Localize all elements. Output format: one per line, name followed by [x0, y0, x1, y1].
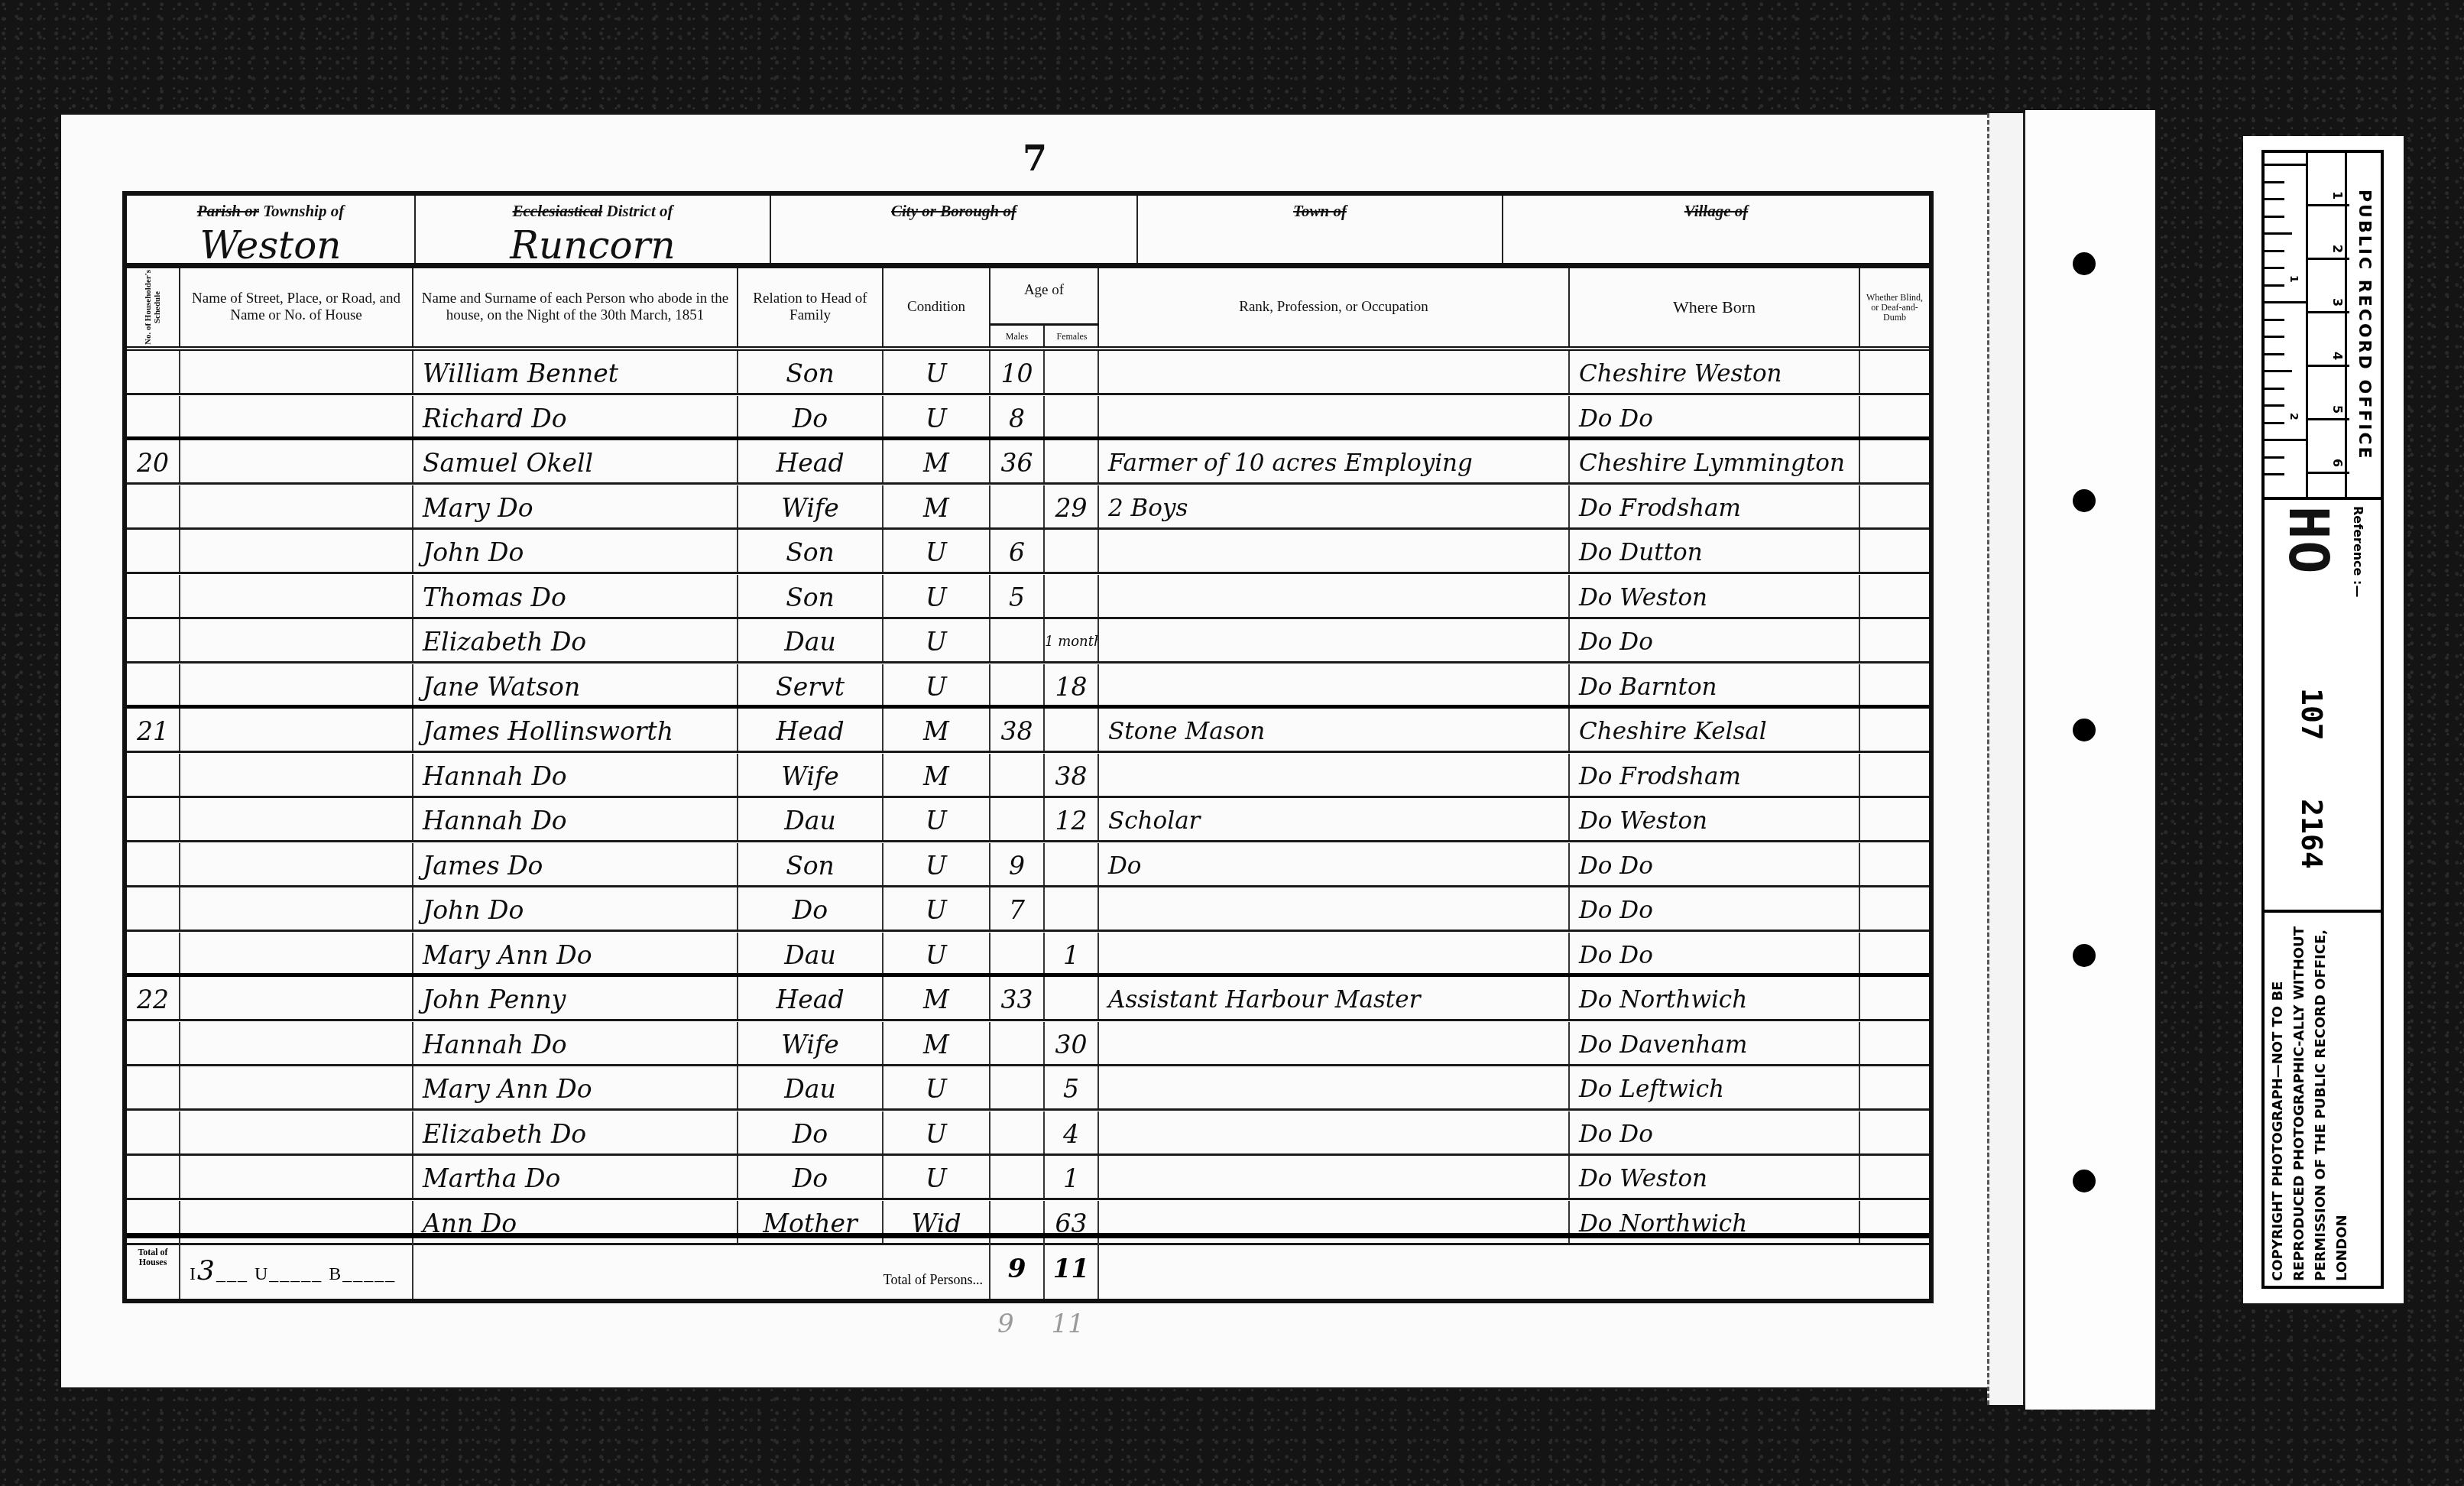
age-female: 12	[1045, 798, 1099, 840]
age-female	[1045, 351, 1099, 393]
ruler-tick	[2265, 319, 2284, 321]
age-male: 7	[990, 887, 1045, 930]
total-persons-label-cell: Total of Persons...	[413, 1238, 990, 1299]
occupation	[1099, 575, 1570, 617]
marital-condition: U	[883, 530, 990, 572]
total-persons-label: Total of Persons...	[883, 1272, 983, 1288]
occupation: Scholar	[1099, 798, 1570, 840]
where-born: Cheshire Kelsal	[1570, 709, 1860, 751]
ruler-tick	[2265, 301, 2306, 303]
street-address	[180, 1022, 413, 1064]
street-address	[180, 664, 413, 705]
age-male: 38	[990, 709, 1045, 751]
occupation	[1099, 754, 1570, 796]
marital-condition: M	[883, 977, 990, 1019]
street-address	[180, 530, 413, 572]
relation-to-head: Dau	[738, 933, 883, 973]
header-age: Age of Males Females	[990, 268, 1099, 346]
occupation	[1099, 1022, 1570, 1064]
ruler-tick	[2265, 232, 2292, 235]
relation-to-head: Do	[738, 887, 883, 930]
age-male	[990, 1156, 1045, 1198]
table-row: Elizabeth DoDoU4Do Do	[127, 1111, 1929, 1156]
street-address	[180, 619, 413, 661]
relation-to-head: Wife	[738, 754, 883, 796]
occupation	[1099, 396, 1570, 436]
marital-condition: M	[883, 440, 990, 482]
schedule-number	[127, 619, 180, 661]
person-name: Hannah Do	[413, 798, 738, 840]
age-female	[1045, 977, 1099, 1019]
blind-deaf	[1860, 396, 1929, 436]
age-female: 5	[1045, 1066, 1099, 1108]
person-name: Samuel Okell	[413, 440, 738, 482]
where-born: Do Do	[1570, 843, 1860, 885]
reference-label: Reference :—	[2351, 506, 2365, 597]
inch-mark: 2	[2287, 413, 2300, 420]
relation-to-head: Dau	[738, 1066, 883, 1108]
schedule-number	[127, 933, 180, 973]
cm-mark: 4	[2308, 313, 2349, 367]
column-header-row: No. of Householder's Schedule Name of St…	[127, 268, 1929, 351]
where-born: Do Weston	[1570, 1156, 1860, 1198]
ruler-tick	[2265, 267, 2284, 269]
age-male	[990, 664, 1045, 705]
borough-label: City or Borough of	[771, 202, 1136, 221]
schedule-number	[127, 887, 180, 930]
cm-mark: 1	[2308, 153, 2349, 206]
street-address	[180, 485, 413, 527]
blind-deaf	[1860, 798, 1929, 840]
table-row: Mary Ann DoDauU1Do Do	[127, 933, 1929, 977]
relation-to-head: Dau	[738, 619, 883, 661]
header-age-males: Males	[990, 323, 1045, 346]
totals-blank	[1099, 1238, 1929, 1299]
age-male	[990, 754, 1045, 796]
public-record-office-card: PUBLIC RECORD OFFICE 123456 12 Reference…	[2243, 136, 2404, 1303]
town-label: Town of	[1138, 202, 1502, 221]
inch-mark: 1	[2287, 275, 2300, 283]
age-male: 6	[990, 530, 1045, 572]
person-name: Mary Ann Do	[413, 1066, 738, 1108]
blind-deaf	[1860, 351, 1929, 393]
age-male	[990, 933, 1045, 973]
ruler-tick	[2265, 388, 2284, 390]
marital-condition: U	[883, 1156, 990, 1198]
ruler-tick	[2265, 473, 2284, 475]
occupation: Assistant Harbour Master	[1099, 977, 1570, 1019]
marital-condition: U	[883, 1066, 990, 1108]
parish-cell: Parish or Township of Weston	[127, 196, 416, 263]
cm-mark: 2	[2308, 206, 2349, 260]
relation-to-head: Do	[738, 1111, 883, 1153]
ruler-tick	[2265, 439, 2306, 441]
occupation: 2 Boys	[1099, 485, 1570, 527]
table-row: 20Samuel OkellHeadM36Farmer of 10 acres …	[127, 440, 1929, 485]
table-row: Hannah DoWifeM38Do Frodsham	[127, 754, 1929, 798]
age-female	[1045, 843, 1099, 885]
person-name: Jane Watson	[413, 664, 738, 705]
parish-label: Parish or Township of	[127, 202, 414, 221]
where-born: Do Frodsham	[1570, 754, 1860, 796]
punch-hole-icon	[2073, 719, 2096, 741]
occupation	[1099, 1066, 1570, 1108]
header-relation: Relation to Head of Family	[738, 268, 883, 346]
district-header: Parish or Township of Weston Ecclesiasti…	[127, 196, 1929, 268]
schedule-number	[127, 575, 180, 617]
occupation	[1099, 351, 1570, 393]
marital-condition: U	[883, 575, 990, 617]
blind-deaf	[1860, 709, 1929, 751]
ruler-tick	[2265, 336, 2284, 338]
relation-to-head: Servt	[738, 664, 883, 705]
street-address	[180, 709, 413, 751]
table-row: Hannah DoDauU12ScholarDo Weston	[127, 798, 1929, 842]
person-name: James Hollinsworth	[413, 709, 738, 751]
age-female: 1	[1045, 933, 1099, 973]
age-male: 10	[990, 351, 1045, 393]
houses-counts: I3___ U_____ B_____	[180, 1238, 413, 1299]
reference-folio: 2164	[2295, 799, 2329, 869]
relation-to-head: Do	[738, 1156, 883, 1198]
blind-deaf	[1860, 1111, 1929, 1153]
where-born: Do Davenham	[1570, 1022, 1860, 1064]
where-born: Do Barnton	[1570, 664, 1860, 705]
relation-to-head: Son	[738, 530, 883, 572]
marital-condition: U	[883, 396, 990, 436]
person-name: John Penny	[413, 977, 738, 1019]
age-male	[990, 1022, 1045, 1064]
borough-cell: City or Borough of	[771, 196, 1138, 263]
occupation	[1099, 530, 1570, 572]
age-male: 9	[990, 843, 1045, 885]
age-male	[990, 1066, 1045, 1108]
relation-to-head: Head	[738, 440, 883, 482]
relation-to-head: Wife	[738, 485, 883, 527]
header-schedule-no: No. of Householder's Schedule	[127, 268, 180, 346]
blind-deaf	[1860, 1066, 1929, 1108]
blind-deaf	[1860, 843, 1929, 885]
person-name: Hannah Do	[413, 754, 738, 796]
relation-to-head: Wife	[738, 1022, 883, 1064]
age-male	[990, 1111, 1045, 1153]
marital-condition: U	[883, 933, 990, 973]
marital-condition: U	[883, 887, 990, 930]
person-name: Mary Do	[413, 485, 738, 527]
street-address	[180, 933, 413, 973]
cm-scale: 123456	[2306, 153, 2349, 497]
table-row: Mary Ann DoDauU5Do Leftwich	[127, 1066, 1929, 1111]
schedule-number: 20	[127, 440, 180, 482]
occupation	[1099, 619, 1570, 661]
schedule-number	[127, 843, 180, 885]
blind-deaf	[1860, 440, 1929, 482]
punch-hole-icon	[2073, 252, 2096, 275]
header-street: Name of Street, Place, or Road, and Name…	[180, 268, 413, 346]
ecclesiastical-district-cell: Ecclesiastical District of Runcorn	[416, 196, 771, 263]
marital-condition: U	[883, 351, 990, 393]
where-born: Cheshire Weston	[1570, 351, 1860, 393]
table-row: Jane WatsonServtU18Do Barnton	[127, 664, 1929, 709]
ruler-tick	[2265, 404, 2284, 407]
blind-deaf	[1860, 619, 1929, 661]
schedule-number	[127, 664, 180, 705]
age-female	[1045, 709, 1099, 751]
age-female: 38	[1045, 754, 1099, 796]
schedule-number	[127, 1022, 180, 1064]
age-male: 36	[990, 440, 1045, 482]
age-female: 30	[1045, 1022, 1099, 1064]
totals-row: Total of Houses I3___ U_____ B_____ Tota…	[127, 1233, 1929, 1299]
header-occupation: Rank, Profession, or Occupation	[1099, 268, 1570, 346]
cm-mark: 3	[2308, 260, 2349, 313]
punch-hole-icon	[2073, 944, 2096, 967]
ruler-tick	[2265, 370, 2292, 372]
punch-hole-icon	[2073, 1170, 2096, 1192]
relation-to-head: Son	[738, 351, 883, 393]
schedule-number	[127, 1066, 180, 1108]
person-name: Elizabeth Do	[413, 1111, 738, 1153]
person-name: Mary Ann Do	[413, 933, 738, 973]
ruler-tick	[2265, 422, 2284, 424]
total-females: 11	[1045, 1238, 1099, 1299]
houses-total-label: Total of Houses	[127, 1238, 180, 1299]
relation-to-head: Son	[738, 575, 883, 617]
inhabited-count: 3	[197, 1255, 216, 1286]
occupation	[1099, 1111, 1570, 1153]
ecclesiastical-district-label: Ecclesiastical District of	[416, 202, 770, 221]
ruler-tick	[2265, 353, 2284, 355]
table-row: James DoSonU9DoDo Do	[127, 843, 1929, 887]
age-female: 1	[1045, 1156, 1099, 1198]
street-address	[180, 977, 413, 1019]
person-name: James Do	[413, 843, 738, 885]
schedule-number	[127, 754, 180, 796]
office-title: PUBLIC RECORD OFFICE	[2345, 153, 2381, 497]
ruler-tick	[2265, 198, 2284, 200]
table-row: Hannah DoWifeM30Do Davenham	[127, 1022, 1929, 1066]
scale-ruler: PUBLIC RECORD OFFICE 123456 12	[2265, 153, 2381, 500]
age-female: 29	[1045, 485, 1099, 527]
header-age-females: Females	[1045, 323, 1099, 346]
reference-series: HO	[2278, 506, 2339, 576]
age-female: 18	[1045, 664, 1099, 705]
table-row: 22John PennyHeadM33Assistant Harbour Mas…	[127, 977, 1929, 1021]
schedule-number	[127, 351, 180, 393]
blind-deaf	[1860, 933, 1929, 973]
marital-condition: U	[883, 843, 990, 885]
street-address	[180, 1156, 413, 1198]
table-row: Richard DoDoU8Do Do	[127, 396, 1929, 440]
reference-piece: 107	[2295, 688, 2329, 741]
ruler-tick	[2265, 216, 2284, 218]
age-female: 1 month	[1045, 619, 1099, 661]
census-enumeration-table: Parish or Township of Weston Ecclesiasti…	[122, 191, 1934, 1303]
occupation: Do	[1099, 843, 1570, 885]
person-name: Hannah Do	[413, 1022, 738, 1064]
age-male	[990, 798, 1045, 840]
punch-hole-icon	[2073, 489, 2096, 512]
person-name: Richard Do	[413, 396, 738, 436]
village-label: Village of	[1503, 202, 1929, 221]
where-born: Do Weston	[1570, 798, 1860, 840]
where-born: Do Frodsham	[1570, 485, 1860, 527]
street-address	[180, 1066, 413, 1108]
street-address	[180, 575, 413, 617]
occupation	[1099, 664, 1570, 705]
header-where-born: Where Born	[1570, 268, 1860, 346]
header-name: Name and Surname of each Person who abod…	[413, 268, 738, 346]
blind-deaf	[1860, 887, 1929, 930]
relation-to-head: Head	[738, 709, 883, 751]
street-address	[180, 1111, 413, 1153]
page-number: 7	[1023, 138, 1047, 179]
cm-mark: 6	[2308, 420, 2349, 474]
where-born: Do Northwich	[1570, 977, 1860, 1019]
age-male: 33	[990, 977, 1045, 1019]
header-blind-deaf: Whether Blind, or Deaf-and-Dumb	[1860, 268, 1929, 346]
where-born: Do Do	[1570, 619, 1860, 661]
street-address	[180, 396, 413, 436]
marital-condition: M	[883, 709, 990, 751]
blind-deaf	[1860, 530, 1929, 572]
relation-to-head: Son	[738, 843, 883, 885]
age-female	[1045, 440, 1099, 482]
age-female	[1045, 530, 1099, 572]
street-address	[180, 351, 413, 393]
occupation	[1099, 1156, 1570, 1198]
schedule-number	[127, 530, 180, 572]
schedule-number: 22	[127, 977, 180, 1019]
ruler-tick	[2265, 250, 2284, 252]
where-born: Do Dutton	[1570, 530, 1860, 572]
where-born: Do Weston	[1570, 575, 1860, 617]
where-born: Cheshire Lymmington	[1570, 440, 1860, 482]
street-address	[180, 887, 413, 930]
ecclesiastical-district-value: Runcorn	[416, 223, 770, 268]
age-female: 4	[1045, 1111, 1099, 1153]
marital-condition: M	[883, 485, 990, 527]
ruler-tick	[2265, 164, 2306, 166]
person-name: Martha Do	[413, 1156, 738, 1198]
age-male	[990, 619, 1045, 661]
schedule-number	[127, 1111, 180, 1153]
ruler-tick	[2265, 284, 2284, 287]
town-cell: Town of	[1138, 196, 1503, 263]
occupation: Farmer of 10 acres Employing	[1099, 440, 1570, 482]
blind-deaf	[1860, 485, 1929, 527]
blind-deaf	[1860, 575, 1929, 617]
schedule-number	[127, 485, 180, 527]
street-address	[180, 440, 413, 482]
age-female	[1045, 887, 1099, 930]
binding-strip	[1987, 113, 2028, 1405]
table-row: John DoDoU7Do Do	[127, 887, 1929, 932]
age-female	[1045, 396, 1099, 436]
blind-deaf	[1860, 977, 1929, 1019]
age-male	[990, 485, 1045, 527]
village-cell: Village of	[1503, 196, 1929, 263]
marital-condition: U	[883, 798, 990, 840]
age-female	[1045, 575, 1099, 617]
street-address	[180, 754, 413, 796]
person-name: John Do	[413, 887, 738, 930]
parish-value: Weston	[127, 223, 414, 268]
blind-deaf	[1860, 754, 1929, 796]
copyright-notice: COPYRIGHT PHOTOGRAPH—NOT TO BE REPRODUCE…	[2265, 913, 2381, 1286]
schedule-number	[127, 1156, 180, 1198]
table-row: Mary DoWifeM292 BoysDo Frodsham	[127, 485, 1929, 530]
punched-margin	[2025, 110, 2155, 1410]
table-row: William BennetSonU10Cheshire Weston	[127, 351, 1929, 395]
relation-to-head: Dau	[738, 798, 883, 840]
reference-box: Reference :— HO 107 2164	[2265, 497, 2381, 913]
table-row: Elizabeth DoDauU1 monthDo Do	[127, 619, 1929, 664]
person-name: Elizabeth Do	[413, 619, 738, 661]
header-condition: Condition	[883, 268, 990, 346]
where-born: Do Do	[1570, 1111, 1860, 1153]
relation-to-head: Head	[738, 977, 883, 1019]
occupation	[1099, 887, 1570, 930]
where-born: Do Leftwich	[1570, 1066, 1860, 1108]
blind-deaf	[1860, 1022, 1929, 1064]
pencil-totals: 9 11	[997, 1309, 1084, 1339]
schedule-number: 21	[127, 709, 180, 751]
person-name: William Bennet	[413, 351, 738, 393]
where-born: Do Do	[1570, 396, 1860, 436]
blind-deaf	[1860, 1156, 1929, 1198]
table-row: Martha DoDoU1Do Weston	[127, 1156, 1929, 1200]
marital-condition: M	[883, 754, 990, 796]
age-male: 8	[990, 396, 1045, 436]
total-males: 9	[990, 1238, 1045, 1299]
ruler-tick	[2265, 456, 2284, 459]
occupation: Stone Mason	[1099, 709, 1570, 751]
schedule-number	[127, 396, 180, 436]
person-name: John Do	[413, 530, 738, 572]
table-row: 21James HollinsworthHeadM38Stone MasonCh…	[127, 709, 1929, 753]
blind-deaf	[1860, 664, 1929, 705]
schedule-number	[127, 798, 180, 840]
ruler-tick	[2265, 181, 2284, 183]
marital-condition: U	[883, 664, 990, 705]
occupation	[1099, 933, 1570, 973]
where-born: Do Do	[1570, 887, 1860, 930]
relation-to-head: Do	[738, 396, 883, 436]
age-male: 5	[990, 575, 1045, 617]
marital-condition: U	[883, 619, 990, 661]
where-born: Do Do	[1570, 933, 1860, 973]
cm-mark: 5	[2308, 367, 2349, 420]
street-address	[180, 798, 413, 840]
street-address	[180, 843, 413, 885]
marital-condition: M	[883, 1022, 990, 1064]
table-row: Thomas DoSonU5Do Weston	[127, 575, 1929, 619]
marital-condition: U	[883, 1111, 990, 1153]
person-name: Thomas Do	[413, 575, 738, 617]
table-row: John DoSonU6Do Dutton	[127, 530, 1929, 574]
